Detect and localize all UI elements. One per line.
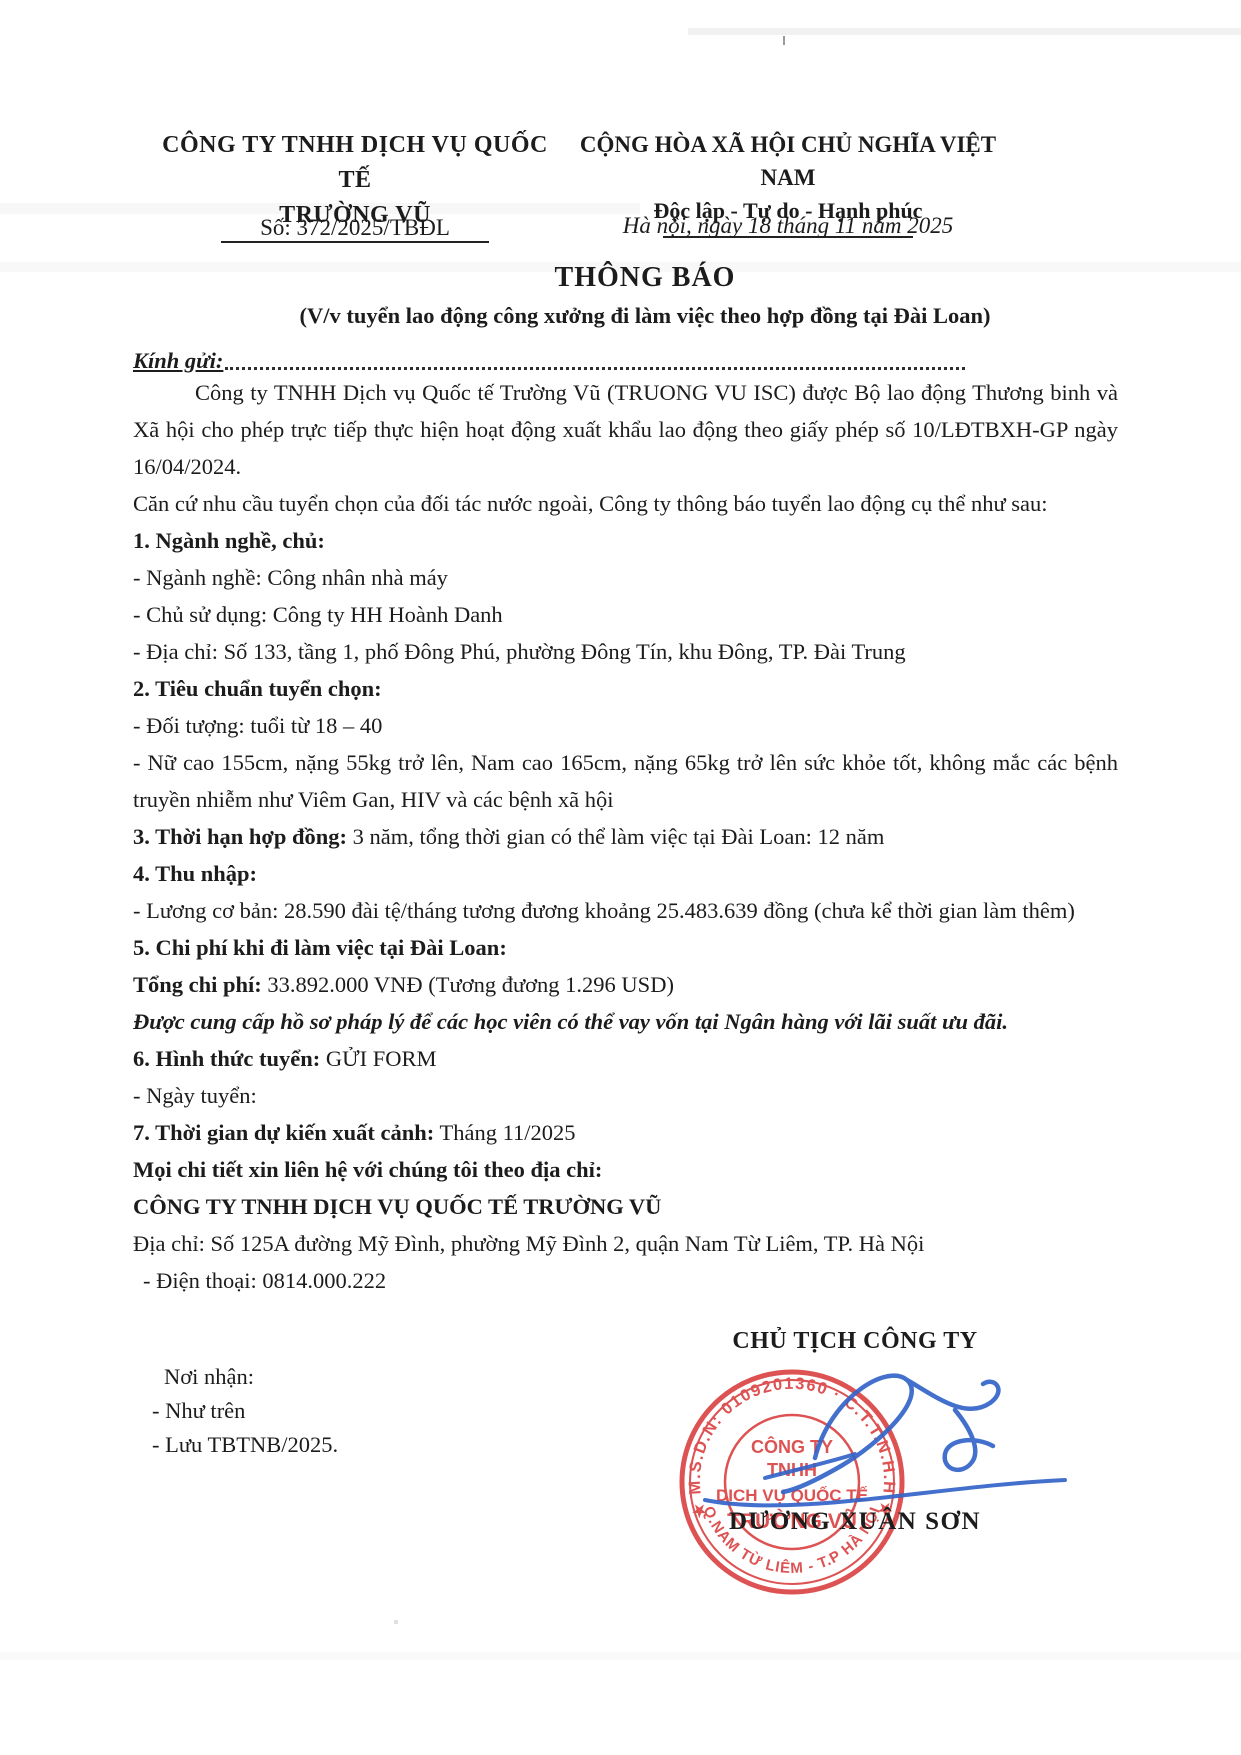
doc-line: 6. Hình thức tuyển: GỬI FORM xyxy=(133,1040,1118,1077)
doc-line-text: Tháng 11/2025 xyxy=(434,1120,575,1145)
doc-line: Căn cứ nhu cầu tuyển chọn của đối tác nư… xyxy=(133,485,1118,522)
doc-line-text: - Ngành nghề: Công nhân nhà máy xyxy=(133,565,448,590)
doc-line: - Ngành nghề: Công nhân nhà máy xyxy=(133,559,1118,596)
company-name-line1: CÔNG TY TNHH DỊCH VỤ QUỐC TẾ xyxy=(150,128,560,198)
doc-line: - Địa chỉ: Số 133, tầng 1, phố Đông Phú,… xyxy=(133,633,1118,670)
scan-artifact xyxy=(394,1620,398,1624)
recipient-item: - Như trên xyxy=(152,1394,338,1428)
doc-line: - Ngày tuyển: xyxy=(133,1077,1118,1114)
scan-artifact xyxy=(0,1652,1241,1660)
doc-line: 1. Ngành nghề, chủ: xyxy=(133,522,1118,559)
doc-line-text: 2. Tiêu chuẩn tuyển chọn: xyxy=(133,676,382,701)
doc-line-label: 3. Thời hạn hợp đồng: xyxy=(133,824,347,849)
recipients-label: Nơi nhận: xyxy=(152,1360,338,1394)
title-block: THÔNG BÁO (V/v tuyển lao động công xưởng… xyxy=(140,262,1150,329)
doc-line: Tổng chi phí: 33.892.000 VNĐ (Tương đươn… xyxy=(133,966,1118,1003)
scan-artifact xyxy=(783,36,785,45)
doc-line-text: CÔNG TY TNHH DỊCH VỤ QUỐC TẾ TRƯỜNG VŨ xyxy=(133,1194,661,1219)
national-motto-line1: CỘNG HÒA XÃ HỘI CHỦ NGHĨA VIỆT NAM xyxy=(568,128,1008,195)
recipient-item: - Lưu TBTNB/2025. xyxy=(152,1428,338,1462)
signer-name: DƯƠNG XUÂN SƠN xyxy=(640,1508,1070,1536)
doc-line-text: Mọi chi tiết xin liên hệ với chúng tôi t… xyxy=(133,1157,602,1182)
doc-line: CÔNG TY TNHH DỊCH VỤ QUỐC TẾ TRƯỜNG VŨ xyxy=(133,1188,1118,1225)
doc-line-text: - Đối tượng: tuổi từ 18 – 40 xyxy=(133,713,382,738)
doc-line: 5. Chi phí khi đi làm việc tại Đài Loan: xyxy=(133,929,1118,966)
doc-line-label: 7. Thời gian dự kiến xuất cảnh: xyxy=(133,1120,434,1145)
doc-line-text: 4. Thu nhập: xyxy=(133,861,257,886)
doc-line-text: 1. Ngành nghề, chủ: xyxy=(133,528,325,553)
salutation-line: Kính gửi: xyxy=(133,337,965,374)
company-seal-and-signature: ★ M.S.D.N: 0109201360 · C.T.T.N.H.H ★ Q.… xyxy=(645,1358,1125,1618)
salutation-label: Kính gửi: xyxy=(133,348,223,374)
doc-line-text: 5. Chi phí khi đi làm việc tại Đài Loan: xyxy=(133,935,507,960)
doc-line-text: Công ty TNHH Dịch vụ Quốc tế Trường Vũ (… xyxy=(133,380,1118,479)
doc-line-label: 6. Hình thức tuyển: xyxy=(133,1046,320,1071)
doc-line-text: - Lương cơ bản: 28.590 đài tệ/tháng tươn… xyxy=(133,898,1075,923)
doc-line: - Lương cơ bản: 28.590 đài tệ/tháng tươn… xyxy=(133,892,1118,929)
recipients-block: Nơi nhận: - Như trên - Lưu TBTNB/2025. xyxy=(152,1360,338,1462)
header-divider xyxy=(221,241,489,243)
doc-line-text: Địa chỉ: Số 125A đường Mỹ Đình, phường M… xyxy=(133,1231,924,1256)
doc-line: 7. Thời gian dự kiến xuất cảnh: Tháng 11… xyxy=(133,1114,1118,1151)
doc-line: - Nữ cao 155cm, nặng 55kg trở lên, Nam c… xyxy=(133,744,1118,818)
doc-line-text: Căn cứ nhu cầu tuyển chọn của đối tác nư… xyxy=(133,491,1048,516)
doc-line: - Điện thoại: 0814.000.222 xyxy=(133,1262,1118,1299)
doc-line: Công ty TNHH Dịch vụ Quốc tế Trường Vũ (… xyxy=(133,374,1118,485)
doc-line: - Đối tượng: tuổi từ 18 – 40 xyxy=(133,707,1118,744)
scan-artifact xyxy=(688,28,1241,35)
document-number: Số: 372/2025/TBĐL xyxy=(150,215,560,241)
doc-line: Mọi chi tiết xin liên hệ với chúng tôi t… xyxy=(133,1151,1118,1188)
dotted-leader xyxy=(225,357,965,370)
doc-line-label: Tổng chi phí: xyxy=(133,972,262,997)
doc-line-text: - Điện thoại: 0814.000.222 xyxy=(143,1268,386,1293)
doc-line: Được cung cấp hồ sơ pháp lý để các học v… xyxy=(133,1003,1118,1040)
doc-line-text: - Địa chỉ: Số 133, tầng 1, phố Đông Phú,… xyxy=(133,639,906,664)
document-title: THÔNG BÁO xyxy=(140,262,1150,294)
doc-line-text: 33.892.000 VNĐ (Tương đương 1.296 USD) xyxy=(262,972,674,997)
doc-line-text: - Chủ sử dụng: Công ty HH Hoành Danh xyxy=(133,602,503,627)
document-page: CÔNG TY TNHH DỊCH VỤ QUỐC TẾ TRƯỜNG VŨ S… xyxy=(0,0,1241,1755)
doc-line: Địa chỉ: Số 125A đường Mỹ Đình, phường M… xyxy=(133,1225,1118,1262)
doc-line: - Chủ sử dụng: Công ty HH Hoành Danh xyxy=(133,596,1118,633)
document-body-lines: Công ty TNHH Dịch vụ Quốc tế Trường Vũ (… xyxy=(133,374,1118,1299)
doc-line: 3. Thời hạn hợp đồng: 3 năm, tổng thời g… xyxy=(133,818,1118,855)
document-subtitle: (V/v tuyển lao động công xưởng đi làm vi… xyxy=(140,303,1150,329)
doc-line: 4. Thu nhập: xyxy=(133,855,1118,892)
document-body: Kính gửi: Công ty TNHH Dịch vụ Quốc tế T… xyxy=(133,337,1118,1299)
doc-line-text: - Nữ cao 155cm, nặng 55kg trở lên, Nam c… xyxy=(133,750,1118,812)
doc-line-text: - Ngày tuyển: xyxy=(133,1083,257,1108)
chairman-title: CHỦ TỊCH CÔNG TY xyxy=(620,1328,1090,1355)
date-line: Hà nội, ngày 18 tháng 11 năm 2025 xyxy=(568,213,1008,239)
doc-line: 2. Tiêu chuẩn tuyển chọn: xyxy=(133,670,1118,707)
doc-line-text: Được cung cấp hồ sơ pháp lý để các học v… xyxy=(133,1009,1008,1034)
doc-line-text: 3 năm, tổng thời gian có thể làm việc tạ… xyxy=(347,824,884,849)
doc-line-text: GỬI FORM xyxy=(320,1046,436,1071)
red-seal-icon: ★ M.S.D.N: 0109201360 · C.T.T.N.H.H ★ Q.… xyxy=(682,1372,902,1592)
